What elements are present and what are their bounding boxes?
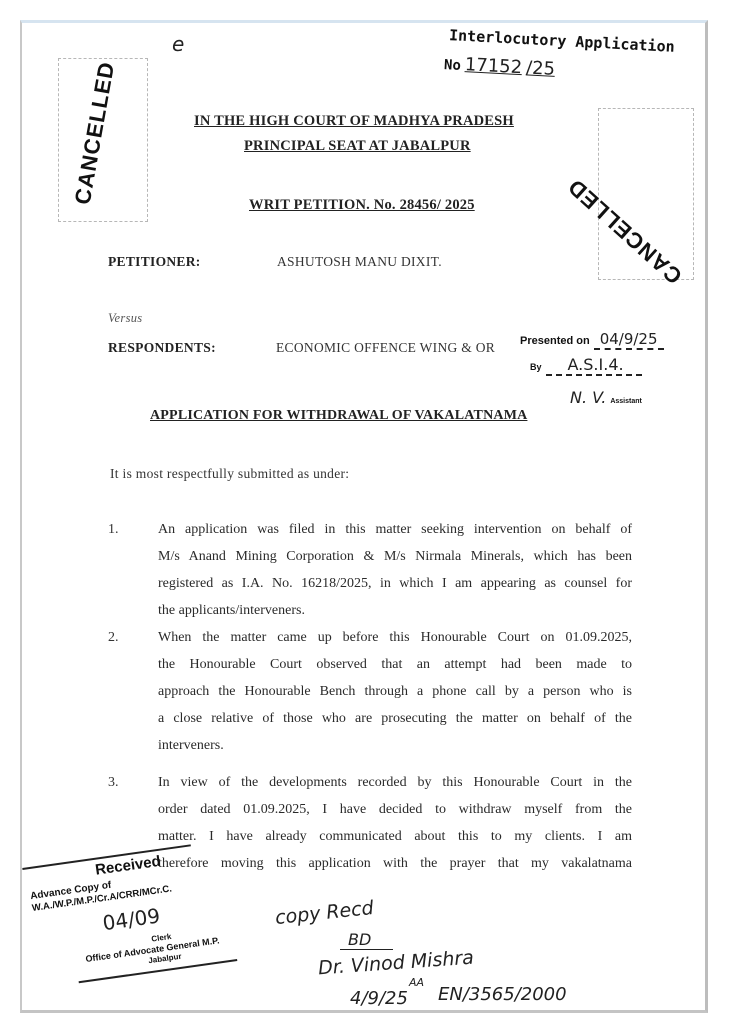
by-value: A.S.I.4. — [546, 355, 642, 376]
presented-by-stamp: By A.S.I.4. — [530, 355, 642, 375]
paragraph-1-line: the applicants/interveners. — [158, 603, 632, 619]
presented-on-date: 04/9/25 — [594, 330, 664, 350]
paragraph-2-line: When the matter came up before this Hono… — [158, 630, 632, 646]
court-seat: PRINCIPAL SEAT AT JABALPUR — [244, 138, 471, 155]
paragraph-1-line: An application was filed in this matter … — [158, 522, 632, 538]
ia-no-year: /25 — [526, 57, 556, 79]
handwritten-date: 4/9/25 — [350, 988, 408, 1009]
intro-text: It is most respectfully submitted as und… — [110, 466, 349, 482]
handwritten-enrolment: EN/3565/2000 — [438, 984, 567, 1005]
application-title: APPLICATION FOR WITHDRAWAL OF VAKALATNAM… — [150, 408, 527, 424]
assistant-initials: N. V. — [570, 388, 606, 407]
assistant-label: Assistant — [610, 398, 642, 405]
paragraph-3-line: In view of the developments recorded by … — [158, 775, 632, 791]
handwritten-signature: BD — [340, 930, 393, 950]
paragraph-1-line: M/s Anand Mining Corporation & M/s Nirma… — [158, 549, 632, 565]
presented-on-stamp: Presented on 04/9/25 — [520, 330, 664, 349]
assistant-stamp: N. V. Assistant — [570, 388, 642, 408]
paragraph-2-number: 2. — [108, 630, 119, 646]
by-label: By — [530, 362, 542, 372]
respondents-label: RESPONDENTS: — [108, 340, 216, 356]
versus-label: Versus — [108, 311, 142, 326]
respondents-name: ECONOMIC OFFENCE WING & OR — [276, 340, 495, 356]
ia-no-value: 17152 — [464, 54, 522, 78]
paragraph-3-line: order dated 01.09.2025, I have decided t… — [158, 802, 632, 818]
paragraph-3-number: 3. — [108, 775, 119, 791]
handwritten-mark: e — [172, 32, 184, 56]
received-date: 04/09 — [101, 903, 161, 935]
paragraph-2-line: a close relative of those who are prosec… — [158, 711, 632, 727]
handwritten-designation: AA — [409, 976, 424, 989]
presented-on-label: Presented on — [520, 335, 590, 347]
paragraph-2-line: interveners. — [158, 738, 632, 754]
petitioner-label: PETITIONER: — [108, 254, 201, 270]
paragraph-2-line: approach the Honourable Bench through a … — [158, 684, 632, 700]
ia-no-prefix: No — [444, 57, 462, 74]
paragraph-1-line: registered as I.A. No. 16218/2025, in wh… — [158, 576, 632, 592]
paragraph-2-line: the Honourable Court observed that an at… — [158, 657, 632, 673]
paragraph-1-number: 1. — [108, 522, 119, 538]
court-name: IN THE HIGH COURT OF MADHYA PRADESH — [194, 113, 514, 130]
petitioner-name: ASHUTOSH MANU DIXIT. — [277, 254, 442, 270]
case-number: WRIT PETITION. No. 28456/ 2025 — [249, 197, 475, 214]
